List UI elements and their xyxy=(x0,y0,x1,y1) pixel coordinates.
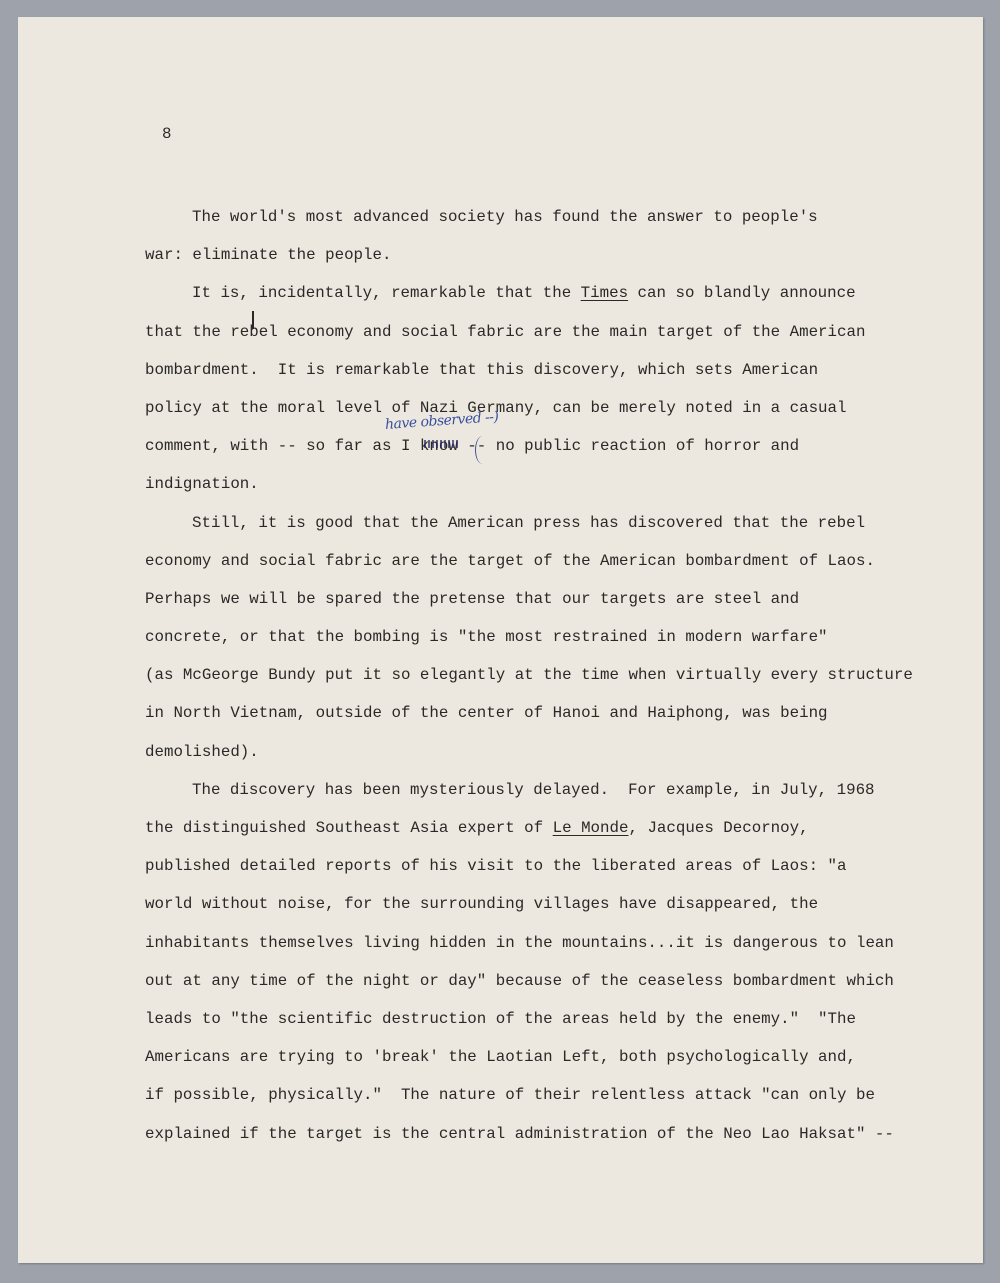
page-number: 8 xyxy=(162,125,171,143)
text-line: leads to "the scientific destruction of … xyxy=(145,1000,945,1038)
text-run: The world's most advanced society has fo… xyxy=(192,208,818,226)
text-run: comment, with -- so far as I know -- no … xyxy=(145,437,799,455)
text-run: Perhaps we will be spared the pretense t… xyxy=(145,590,799,608)
text-run: explained if the target is the central a… xyxy=(145,1125,894,1143)
text-line: concrete, or that the bombing is "the mo… xyxy=(145,618,945,656)
text-run: , Jacques Decornoy, xyxy=(628,819,808,837)
text-line: comment, with -- so far as I know -- no … xyxy=(145,427,945,465)
text-line: world without noise, for the surrounding… xyxy=(145,885,945,923)
text-line: demolished). xyxy=(145,733,945,771)
underlined-title: Le Monde xyxy=(553,819,629,837)
text-run: if possible, physically." The nature of … xyxy=(145,1086,875,1104)
text-line: Americans are trying to 'break' the Laot… xyxy=(145,1038,945,1076)
text-line: the distinguished Southeast Asia expert … xyxy=(145,809,945,847)
text-line: if possible, physically." The nature of … xyxy=(145,1076,945,1114)
text-run: demolished). xyxy=(145,743,259,761)
text-line: war: eliminate the people. xyxy=(145,236,945,274)
text-line: Perhaps we will be spared the pretense t… xyxy=(145,580,945,618)
text-line: The world's most advanced society has fo… xyxy=(145,198,945,236)
text-run: Americans are trying to 'break' the Laot… xyxy=(145,1048,856,1066)
handwritten-insertion-bracket xyxy=(475,436,490,464)
text-run: world without noise, for the surrounding… xyxy=(145,895,818,913)
text-run: in North Vietnam, outside of the center … xyxy=(145,704,828,722)
body-text: The world's most advanced society has fo… xyxy=(145,198,945,1153)
text-run: the distinguished Southeast Asia expert … xyxy=(145,819,553,837)
text-line: The discovery has been mysteriously dela… xyxy=(145,771,945,809)
text-line: published detailed reports of his visit … xyxy=(145,847,945,885)
text-line: inhabitants themselves living hidden in … xyxy=(145,924,945,962)
text-run: inhabitants themselves living hidden in … xyxy=(145,934,894,952)
text-run: economy and social fabric are the target… xyxy=(145,552,875,570)
text-run: concrete, or that the bombing is "the mo… xyxy=(145,628,828,646)
text-line: indignation. xyxy=(145,465,945,503)
text-line: economy and social fabric are the target… xyxy=(145,542,945,580)
text-line: in North Vietnam, outside of the center … xyxy=(145,694,945,732)
text-line: (as McGeorge Bundy put it so elegantly a… xyxy=(145,656,945,694)
text-run: can so blandly announce xyxy=(628,284,856,302)
text-run: war: eliminate the people. xyxy=(145,246,391,264)
text-run: leads to "the scientific destruction of … xyxy=(145,1010,856,1028)
text-line: It is, incidentally, remarkable that the… xyxy=(145,274,945,312)
text-run: Still, it is good that the American pres… xyxy=(192,514,865,532)
text-line: that the rebel economy and social fabric… xyxy=(145,313,945,351)
text-run: The discovery has been mysteriously dela… xyxy=(192,781,875,799)
handwritten-insertion-mark xyxy=(252,311,254,329)
text-run: indignation. xyxy=(145,475,259,493)
text-run: It is, incidentally, remarkable that the xyxy=(192,284,581,302)
underlined-title: Times xyxy=(581,284,628,302)
text-line: explained if the target is the central a… xyxy=(145,1115,945,1153)
text-run: (as McGeorge Bundy put it so elegantly a… xyxy=(145,666,913,684)
text-line: out at any time of the night or day" bec… xyxy=(145,962,945,1000)
text-line: bombardment. It is remarkable that this … xyxy=(145,351,945,389)
strikethrough-mark xyxy=(424,440,460,448)
text-run: published detailed reports of his visit … xyxy=(145,857,847,875)
text-line: policy at the moral level of Nazi German… xyxy=(145,389,945,427)
text-run: bombardment. It is remarkable that this … xyxy=(145,361,818,379)
text-line: Still, it is good that the American pres… xyxy=(145,504,945,542)
text-run: out at any time of the night or day" bec… xyxy=(145,972,894,990)
